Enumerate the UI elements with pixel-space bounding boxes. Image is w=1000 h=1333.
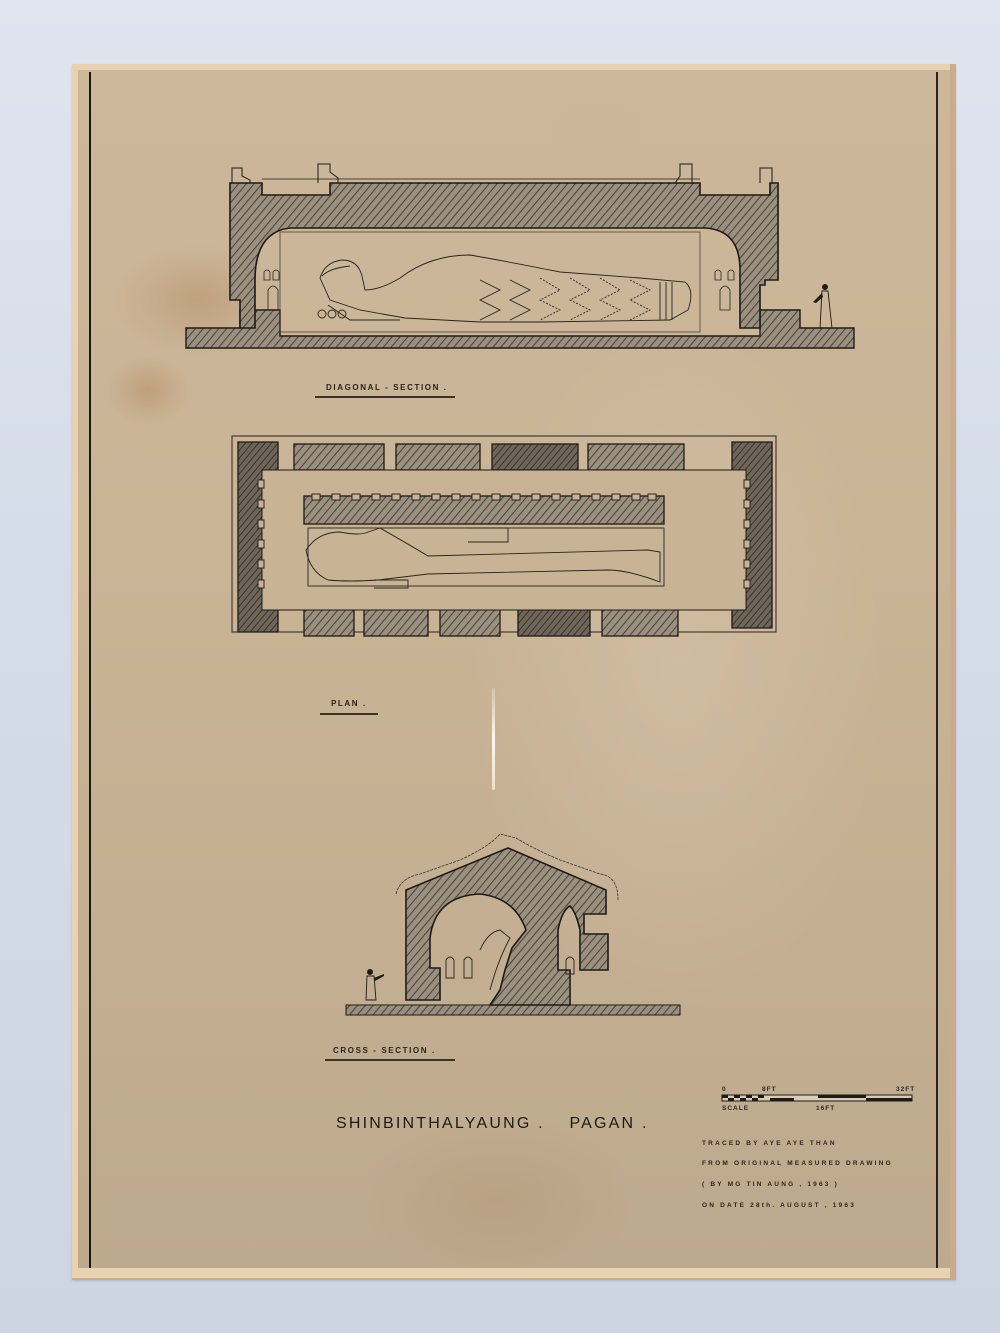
cross-section-underline [325,1059,455,1061]
plan-drawing [228,432,784,640]
plan-underline [320,713,378,715]
credit-source: FROM ORIGINAL MEASURED DRAWING [702,1160,893,1167]
diagonal-section-underline [315,396,455,398]
cross-section-label: CROSS - SECTION . [333,1046,436,1055]
title-building: SHINBINTHALYAUNG . [336,1115,545,1132]
credit-traced-by: TRACED BY AYE AYE THAN [702,1140,837,1147]
diagonal-section-drawing [180,150,860,360]
credit-date: ON DATE 28th. AUGUST , 1963 [702,1202,856,1209]
drawing-title: SHINBINTHALYAUNG . PAGAN . [336,1115,667,1133]
scale-figure [813,284,832,328]
plan-label: PLAN . [331,699,367,708]
diagonal-section-label: DIAGONAL - SECTION . [326,383,448,392]
title-place: PAGAN . [569,1115,648,1132]
sheet-border-right [936,72,938,1268]
cross-section-drawing [340,820,690,1030]
scale-bar-graphic [722,1095,918,1103]
scale-bar: 0 8FT 32FT SCALE 16FT [720,1086,916,1116]
scale-tick-8: 8FT [762,1086,777,1093]
sheet-border-left [89,72,91,1268]
scale-tick-32: 32FT [896,1086,915,1093]
credit-original-author: ( BY MG TIN AUNG , 1963 ) [702,1181,839,1188]
scale-tick-16: 16FT [816,1105,835,1112]
scale-figure [366,969,384,1000]
scale-tick-0: 0 [722,1086,727,1093]
glass-reflection [492,688,495,790]
scale-label: SCALE [722,1105,749,1112]
